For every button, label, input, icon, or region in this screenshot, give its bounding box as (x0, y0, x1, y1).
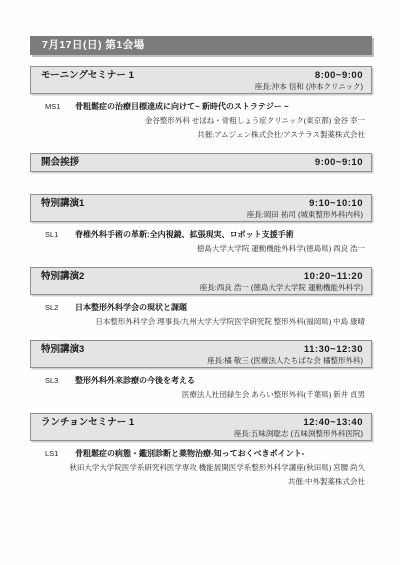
program-entry: SL1 脊椎外科手術の革新:全内視鏡、拡張現実、ロボット支援手術 徳島大学大学院… (30, 230, 372, 253)
session-header-bar: 特別講演1 9:10~10:10 座長:岡田 祐司 (城東整形外科内科) (30, 194, 372, 222)
date-venue-label: 7月17日(日) 第1会場 (42, 39, 145, 51)
entry-title: 骨粗鬆症の治療目標達成に向けて~ 新時代のストラテジー ~ (75, 102, 372, 112)
session-luncheon-seminar-1: ランチョンセミナー 1 12:40~13:40 座長:五味渕聡志 (五味渕整形外… (30, 413, 372, 486)
session-special-lecture-3: 特別講演3 11:30~12:30 座長:橘 敬三 (医療法人たちばな会 橘整形… (30, 340, 372, 399)
session-header-bar: モーニングセミナー 1 8:00~9:00 座長:沖本 信和 (沖本クリニック) (30, 66, 372, 94)
session-title: 開会挨拶 (41, 157, 79, 168)
session-time: 9:10~10:10 (309, 198, 363, 209)
entry-code: LS1 (45, 449, 75, 458)
program-content: 7月17日(日) 第1会場 モーニングセミナー 1 8:00~9:00 座長:沖… (30, 36, 372, 500)
session-chair: 座長:西良 浩一 (徳島大学大学院 運動機能外科学) (41, 283, 363, 292)
program-entry: LS1 骨粗鬆症の病態・鑑別診断と薬物治療-知っておくべきポイント- 秋田大学大… (30, 449, 372, 486)
entry-speaker-affiliation: 秋田大学大学院医学系研究科医学専攻 機能展開医学系整形外科学講座(秋田県) 宮腰… (30, 463, 372, 472)
entry-title: 脊椎外科手術の革新:全内視鏡、拡張現実、ロボット支援手術 (75, 230, 372, 240)
session-chair: 座長:岡田 祐司 (城東整形外科内科) (41, 210, 363, 219)
entry-title: 骨粗鬆症の病態・鑑別診断と薬物治療-知っておくべきポイント- (75, 449, 372, 459)
session-title: 特別講演2 (41, 271, 84, 282)
session-title: 特別講演3 (41, 344, 84, 355)
program-entry: SL2 日本整形外科学会の現状と課題 日本整形外科学会 理事長/九州大学大学院医… (30, 303, 372, 326)
program-page: 7月17日(日) 第1会場 モーニングセミナー 1 8:00~9:00 座長:沖… (0, 0, 400, 565)
session-chair: 座長:橘 敬三 (医療法人たちばな会 橘整形外科) (41, 356, 363, 365)
entry-code: SL3 (45, 376, 75, 385)
session-header-bar: 開会挨拶 9:00~9:10 (30, 153, 372, 172)
entry-cosponsor: 共催:アムジェン株式会社/アステラス製薬株式会社 (30, 130, 372, 139)
entry-title: 整形外科外来診療の今後を考える (75, 376, 372, 386)
session-special-lecture-1: 特別講演1 9:10~10:10 座長:岡田 祐司 (城東整形外科内科) SL1… (30, 194, 372, 253)
entry-speaker-affiliation: 日本整形外科学会 理事長/九州大学大学院医学研究院 整形外科(福岡県) 中島 康… (30, 317, 372, 326)
session-time: 11:30~12:30 (304, 344, 363, 355)
entry-cosponsor: 共催:中外製薬株式会社 (30, 477, 372, 486)
session-header-bar: 特別講演3 11:30~12:30 座長:橘 敬三 (医療法人たちばな会 橘整形… (30, 340, 372, 368)
session-time: 9:00~9:10 (315, 157, 363, 168)
session-special-lecture-2: 特別講演2 10:20~11:20 座長:西良 浩一 (徳島大学大学院 運動機能… (30, 267, 372, 326)
entry-code: SL1 (45, 230, 75, 239)
session-header-bar: 特別講演2 10:20~11:20 座長:西良 浩一 (徳島大学大学院 運動機能… (30, 267, 372, 295)
session-morning-seminar-1: モーニングセミナー 1 8:00~9:00 座長:沖本 信和 (沖本クリニック)… (30, 66, 372, 139)
session-opening-remarks: 開会挨拶 9:00~9:10 (30, 153, 372, 172)
session-title: モーニングセミナー 1 (41, 70, 134, 81)
date-venue-bar: 7月17日(日) 第1会場 (30, 36, 372, 55)
program-entry: MS1 骨粗鬆症の治療目標達成に向けて~ 新時代のストラテジー ~ 金谷整形外科… (30, 102, 372, 139)
entry-speaker-affiliation: 医療法人社団緑生会 あらい整形外科(千葉県) 新井 貞男 (30, 390, 372, 399)
session-chair: 座長:五味渕聡志 (五味渕整形外科医院) (41, 429, 363, 438)
session-time: 8:00~9:00 (315, 70, 363, 81)
entry-speaker-affiliation: 徳島大学大学院 運動機能外科学(徳島県) 西良 浩一 (30, 244, 372, 253)
entry-speaker-affiliation: 金谷整形外科 せぼね・骨粗しょう症クリニック(東京都) 金谷 幸一 (30, 116, 372, 125)
entry-title: 日本整形外科学会の現状と課題 (75, 303, 372, 313)
session-title: ランチョンセミナー 1 (41, 417, 134, 428)
program-entry: SL3 整形外科外来診療の今後を考える 医療法人社団緑生会 あらい整形外科(千葉… (30, 376, 372, 399)
session-time: 10:20~11:20 (304, 271, 363, 282)
entry-code: MS1 (45, 102, 75, 111)
entry-code: SL2 (45, 303, 75, 312)
session-time: 12:40~13:40 (303, 417, 363, 428)
session-header-bar: ランチョンセミナー 1 12:40~13:40 座長:五味渕聡志 (五味渕整形外… (30, 413, 372, 441)
session-chair: 座長:沖本 信和 (沖本クリニック) (41, 82, 363, 91)
session-title: 特別講演1 (41, 198, 84, 209)
